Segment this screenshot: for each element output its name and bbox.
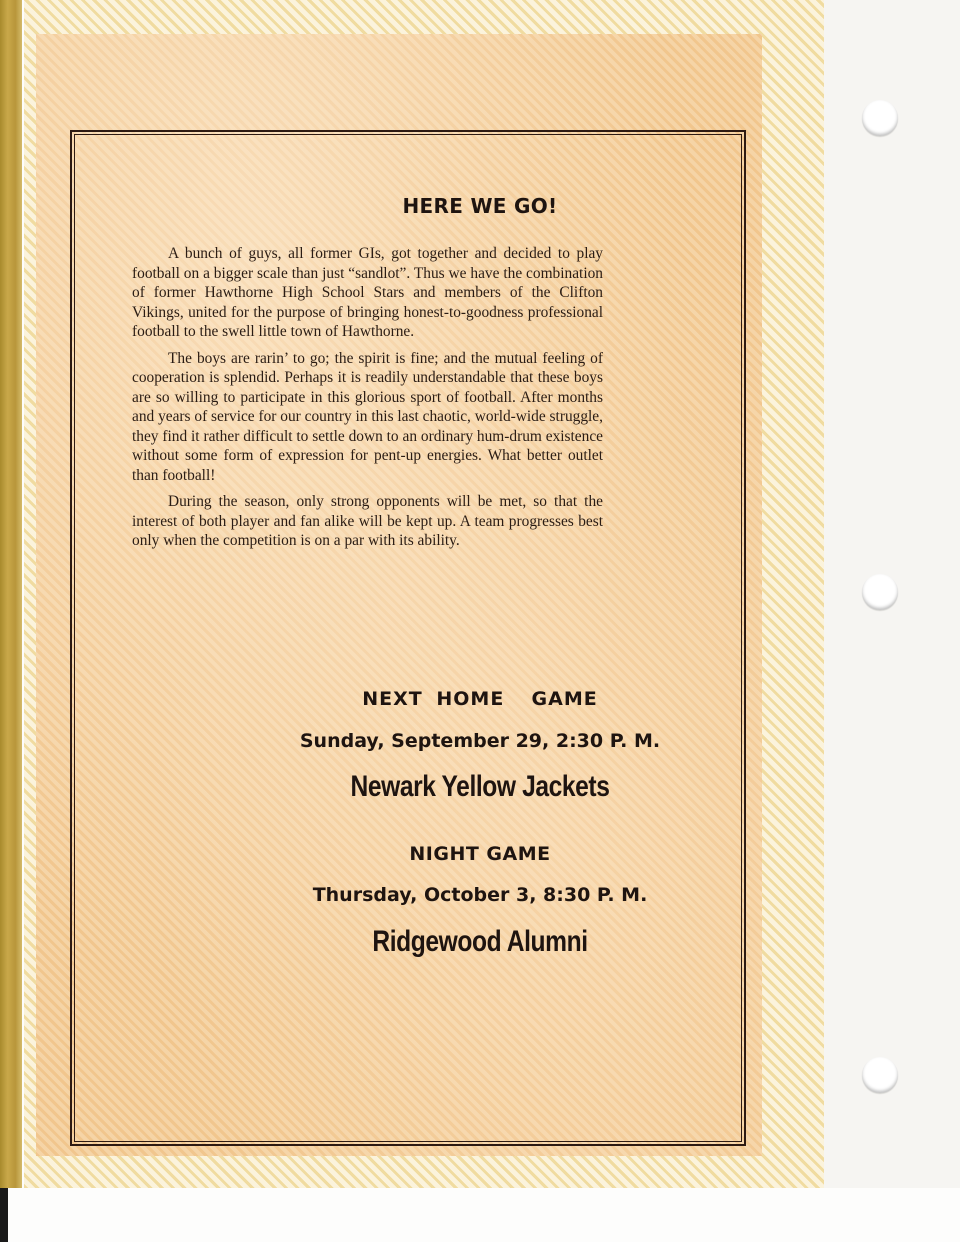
paragraph: During the season, only strong opponents… [132,492,603,551]
night-game-label: NIGHT GAME [0,843,960,865]
ring-hole-icon [862,100,898,136]
next-home-game-datetime: Sunday, September 29, 2:30 P. M. [0,730,960,752]
next-home-game-opponent: Newark Yellow Jackets [86,770,873,804]
ring-hole-icon [862,574,898,610]
paragraph: The boys are rarin’ to go; the spirit is… [132,349,603,486]
article-body: A bunch of guys, all former GIs, got tog… [132,244,603,558]
night-game-opponent: Ridgewood Alumni [86,925,873,959]
binding-shadow [0,1188,8,1242]
paragraph: A bunch of guys, all former GIs, got tog… [132,244,603,342]
next-home-game-label: NEXT HOME GAME [0,688,960,710]
page-title: HERE WE GO! [0,194,960,218]
gold-binding-strip [0,0,22,1188]
ring-hole-icon [862,1057,898,1093]
night-game-datetime: Thursday, October 3, 8:30 P. M. [0,884,960,906]
